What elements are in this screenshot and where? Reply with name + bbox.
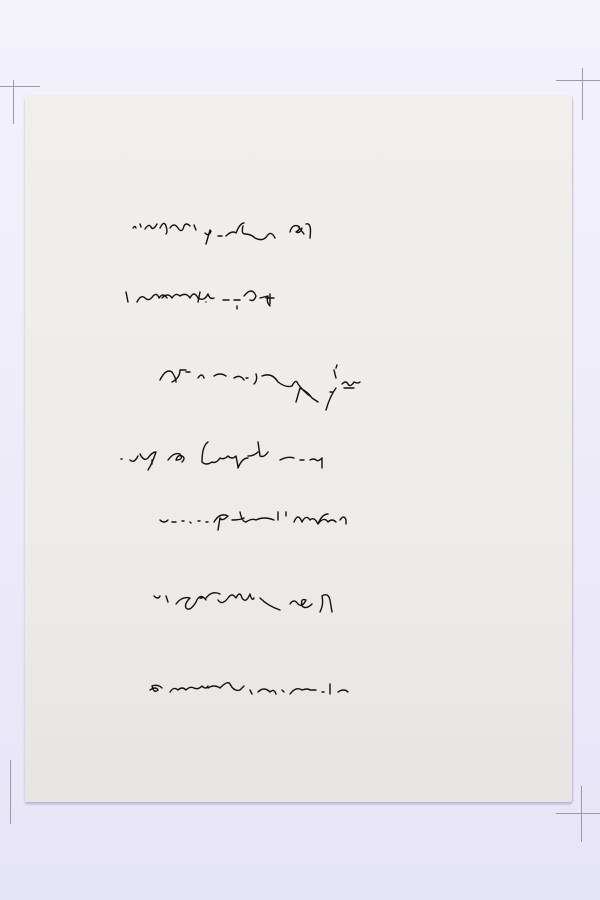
script-line-1: [133, 223, 311, 244]
script-line-5: [160, 512, 346, 530]
script-line-2: [126, 291, 274, 309]
script-line-6: [154, 593, 332, 612]
script-line-4: [121, 442, 322, 470]
asemic-writing: [0, 0, 600, 900]
script-line-3: [160, 365, 360, 410]
script-line-7: [150, 683, 348, 694]
